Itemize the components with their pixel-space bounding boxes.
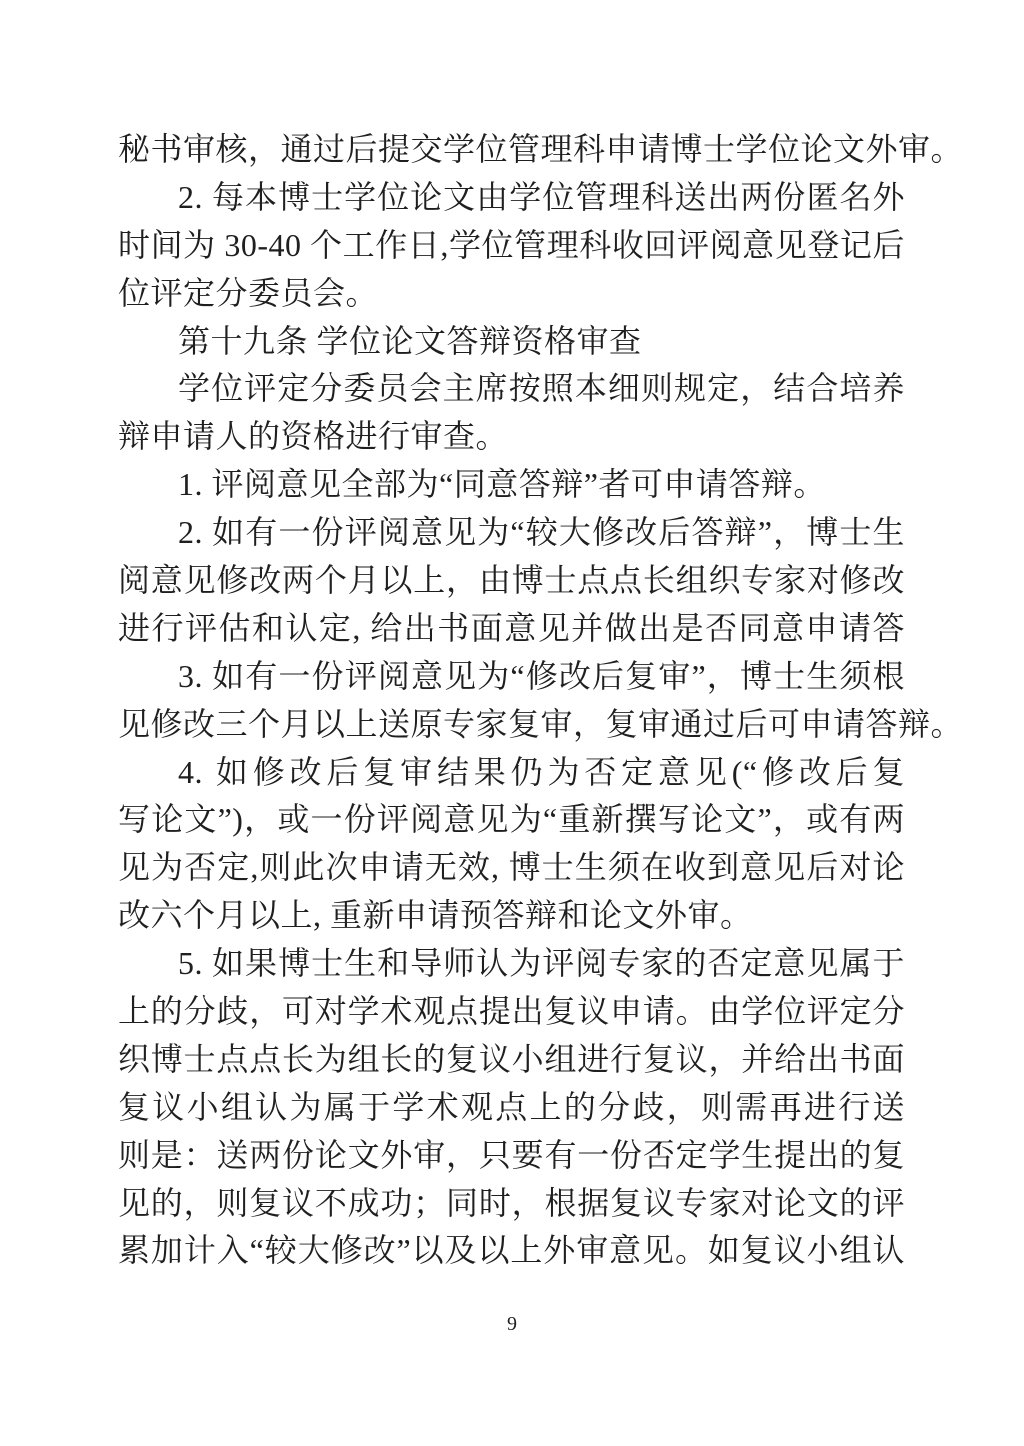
document-body: 秘书审核，通过后提交学位管理科申请博士学位论文外审。2. 每本博士学位论文由学位… <box>118 126 905 1275</box>
text-line: 进行评估和认定, 给出书面意见并做出是否同意申请答辩的决定。 <box>118 605 905 653</box>
text-line: 见的，则复议不成功；同时，根据复议专家对论文的评审意见, <box>118 1180 905 1228</box>
text-line: 2. 如有一份评阅意见为“较大修改后答辩”，博士生须根据评 <box>118 509 905 557</box>
text-line: 学位评定分委员会主席按照本细则规定，结合培养计划对答 <box>118 365 905 413</box>
page-number: 9 <box>0 1312 1024 1336</box>
text-line: 阅意见修改两个月以上，由博士点点长组织专家对修改后的论文 <box>118 557 905 605</box>
text-line: 复议小组认为属于学术观点上的分歧，则需再进行送审，送审原 <box>118 1084 905 1132</box>
text-line: 写论文”)，或一份评阅意见为“重新撰写论文”，或有两份评阅意 <box>118 796 905 844</box>
text-line: 累加计入“较大修改”以及以上外审意见。如复议小组认为不属 <box>118 1227 905 1275</box>
text-line: 2. 每本博士学位论文由学位管理科送出两份匿名外审，外审 <box>118 174 905 222</box>
text-line: 时间为 30-40 个工作日,学位管理科收回评阅意见登记后反馈给学 <box>118 222 905 270</box>
text-line: 第十九条 学位论文答辩资格审查 <box>118 318 905 366</box>
text-line: 位评定分委员会。 <box>118 270 905 318</box>
text-line: 辩申请人的资格进行审查。 <box>118 413 905 461</box>
document-page: 秘书审核，通过后提交学位管理科申请博士学位论文外审。2. 每本博士学位论文由学位… <box>0 0 1024 1446</box>
text-line: 改六个月以上, 重新申请预答辩和论文外审。 <box>118 892 905 940</box>
text-line: 秘书审核，通过后提交学位管理科申请博士学位论文外审。 <box>118 126 905 174</box>
text-line: 见修改三个月以上送原专家复审，复审通过后可申请答辩。 <box>118 701 905 749</box>
text-line: 5. 如果博士生和导师认为评阅专家的否定意见属于学术观点 <box>118 940 905 988</box>
text-line: 则是：送两份论文外审，只要有一份否定学生提出的复议申请意 <box>118 1132 905 1180</box>
text-line: 3. 如有一份评阅意见为“修改后复审”，博士生须根据评阅意 <box>118 653 905 701</box>
text-line: 上的分歧，可对学术观点提出复议申请。由学位评定分委员会组 <box>118 988 905 1036</box>
text-line: 4. 如修改后复审结果仍为否定意见(“修改后复审”或“重新撰 <box>118 749 905 797</box>
text-line: 1. 评阅意见全部为“同意答辩”者可申请答辩。 <box>118 461 905 509</box>
text-line: 见为否定,则此次申请无效, 博士生须在收到意见后对论文进行修 <box>118 844 905 892</box>
text-line: 织博士点点长为组长的复议小组进行复议，并给出书面意见；如 <box>118 1036 905 1084</box>
